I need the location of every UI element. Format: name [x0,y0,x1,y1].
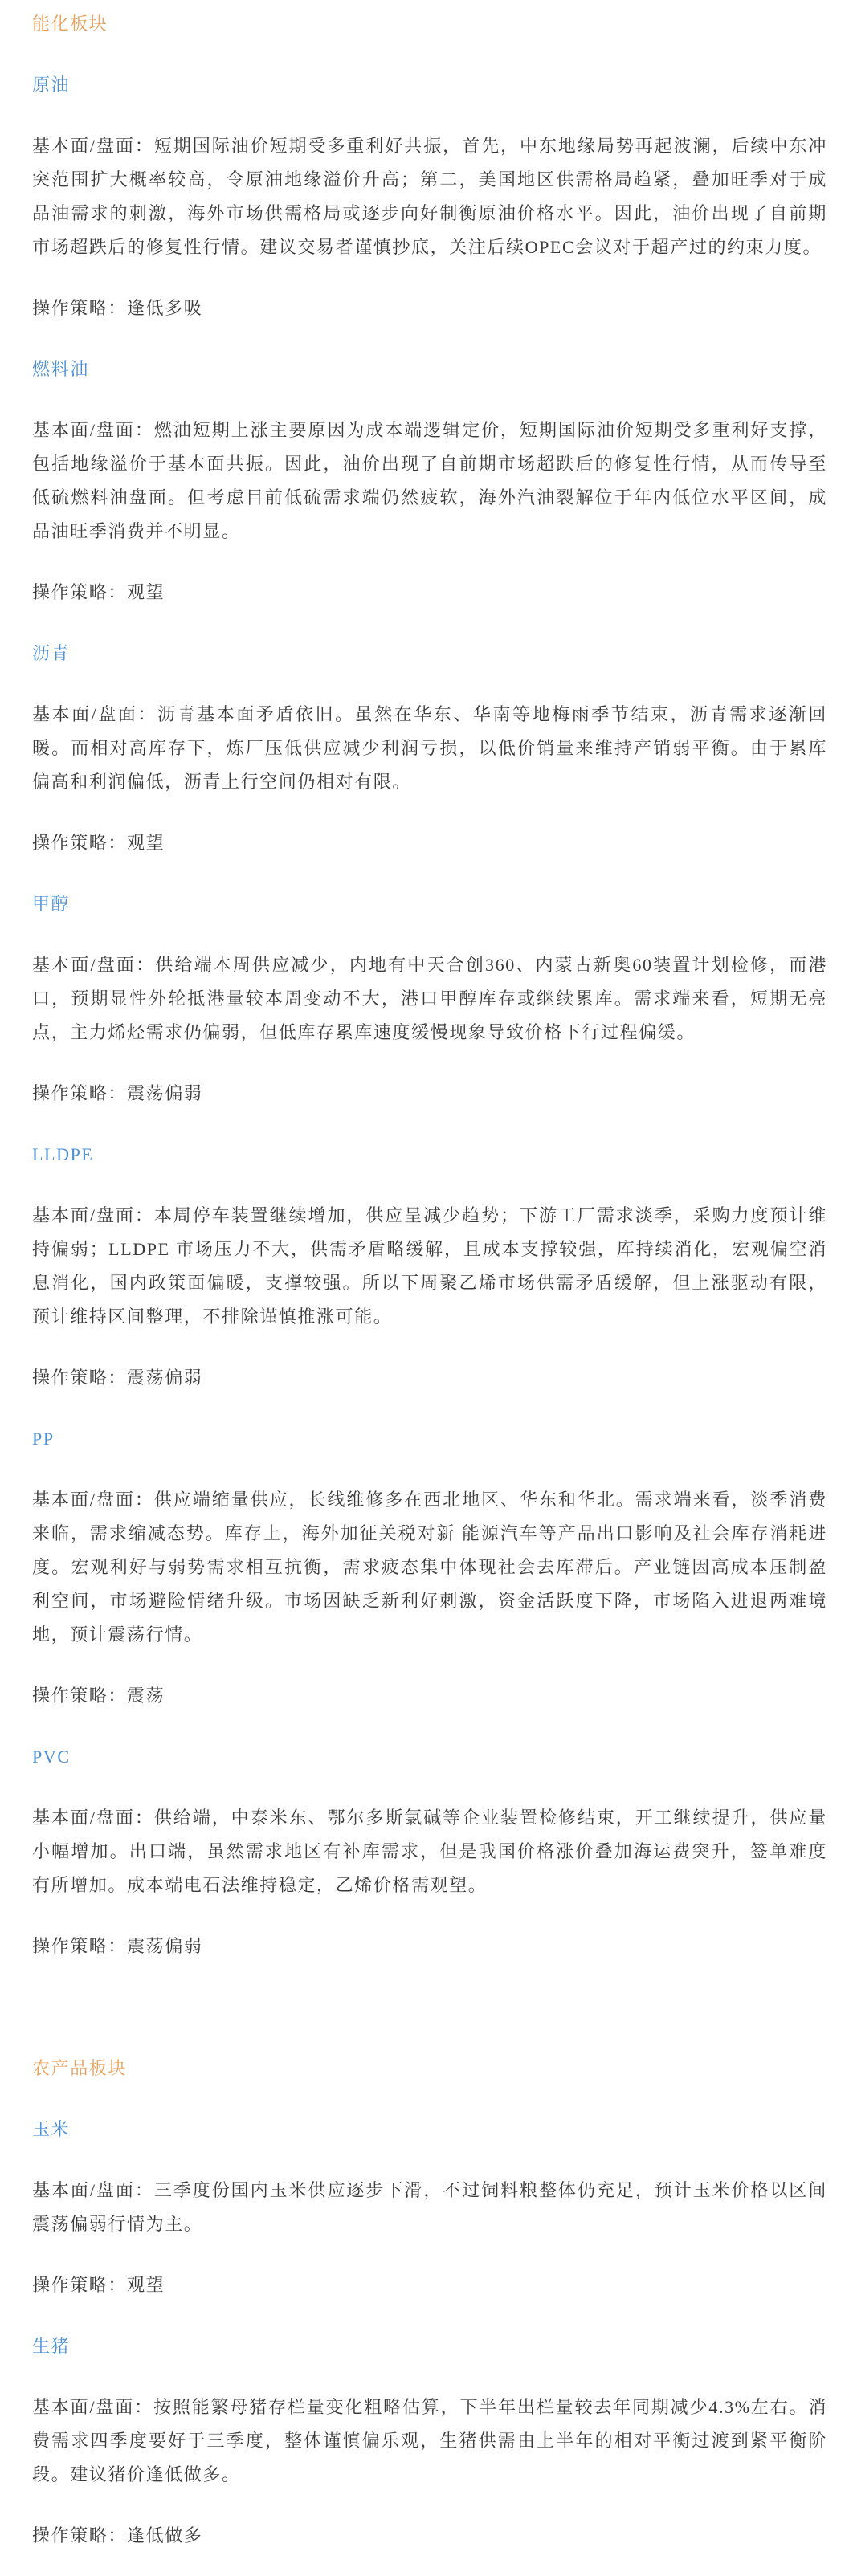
fundamentals-asphalt: 基本面/盘面：沥青基本面矛盾依旧。虽然在华东、华南等地梅雨季节结束，沥青需求逐渐… [32,698,827,799]
section-spacer [32,1991,827,2024]
product-title-corn: 玉米 [32,2113,827,2146]
fundamentals-live-hog: 基本面/盘面：按照能繁母猪存栏量变化粗略估算，下半年出栏量较去年同期减少4.3%… [32,2391,827,2492]
strategy-lldpe: 操作策略：震荡偏弱 [32,1361,827,1395]
strategy-methanol: 操作策略：震荡偏弱 [32,1077,827,1111]
strategy-pvc: 操作策略：震荡偏弱 [32,1930,827,1963]
product-title-methanol: 甲醇 [32,887,827,921]
product-title-fuel-oil: 燃料油 [32,353,827,386]
sector-title-energy-chemical: 能化板块 [32,7,827,41]
strategy-pp: 操作策略：震荡 [32,1679,827,1713]
product-title-crude-oil: 原油 [32,68,827,102]
strategy-live-hog: 操作策略：逢低做多 [32,2519,827,2553]
fundamentals-methanol: 基本面/盘面：供给端本周供应减少，内地有中天合创360、内蒙古新奥60装置计划检… [32,948,827,1050]
fundamentals-pp: 基本面/盘面：供应端缩量供应，长线维修多在西北地区、华东和华北。需求端来看，淡季… [32,1483,827,1652]
fundamentals-fuel-oil: 基本面/盘面：燃油短期上涨主要原因为成本端逻辑定价，短期国际油价短期受多重利好支… [32,414,827,548]
sector-title-agriculture: 农产品板块 [32,2052,827,2085]
fundamentals-lldpe: 基本面/盘面：本周停车装置继续增加，供应呈减少趋势；下游工厂需求淡季，采购力度预… [32,1199,827,1334]
product-title-pp: PP [32,1422,827,1456]
strategy-corn: 操作策略：观望 [32,2268,827,2302]
strategy-crude-oil: 操作策略：逢低多吸 [32,291,827,325]
fundamentals-corn: 基本面/盘面：三季度份国内玉米供应逐步下滑，不过饲料粮整体仍充足，预计玉米价格以… [32,2174,827,2241]
fundamentals-pvc: 基本面/盘面：供给端，中泰米东、鄂尔多斯氯碱等企业装置检修结束，开工继续提升，供… [32,1801,827,1902]
product-title-asphalt: 沥青 [32,637,827,670]
strategy-fuel-oil: 操作策略：观望 [32,576,827,609]
product-title-pvc: PVC [32,1740,827,1774]
product-title-live-hog: 生猪 [32,2329,827,2363]
fundamentals-crude-oil: 基本面/盘面：短期国际油价短期受多重利好共振，首先，中东地缘局势再起波澜，后续中… [32,129,827,264]
product-title-lldpe: LLDPE [32,1138,827,1172]
strategy-asphalt: 操作策略：观望 [32,826,827,860]
market-commentary-article: 能化板块 原油 基本面/盘面：短期国际油价短期受多重利好共振，首先，中东地缘局势… [0,0,849,2576]
